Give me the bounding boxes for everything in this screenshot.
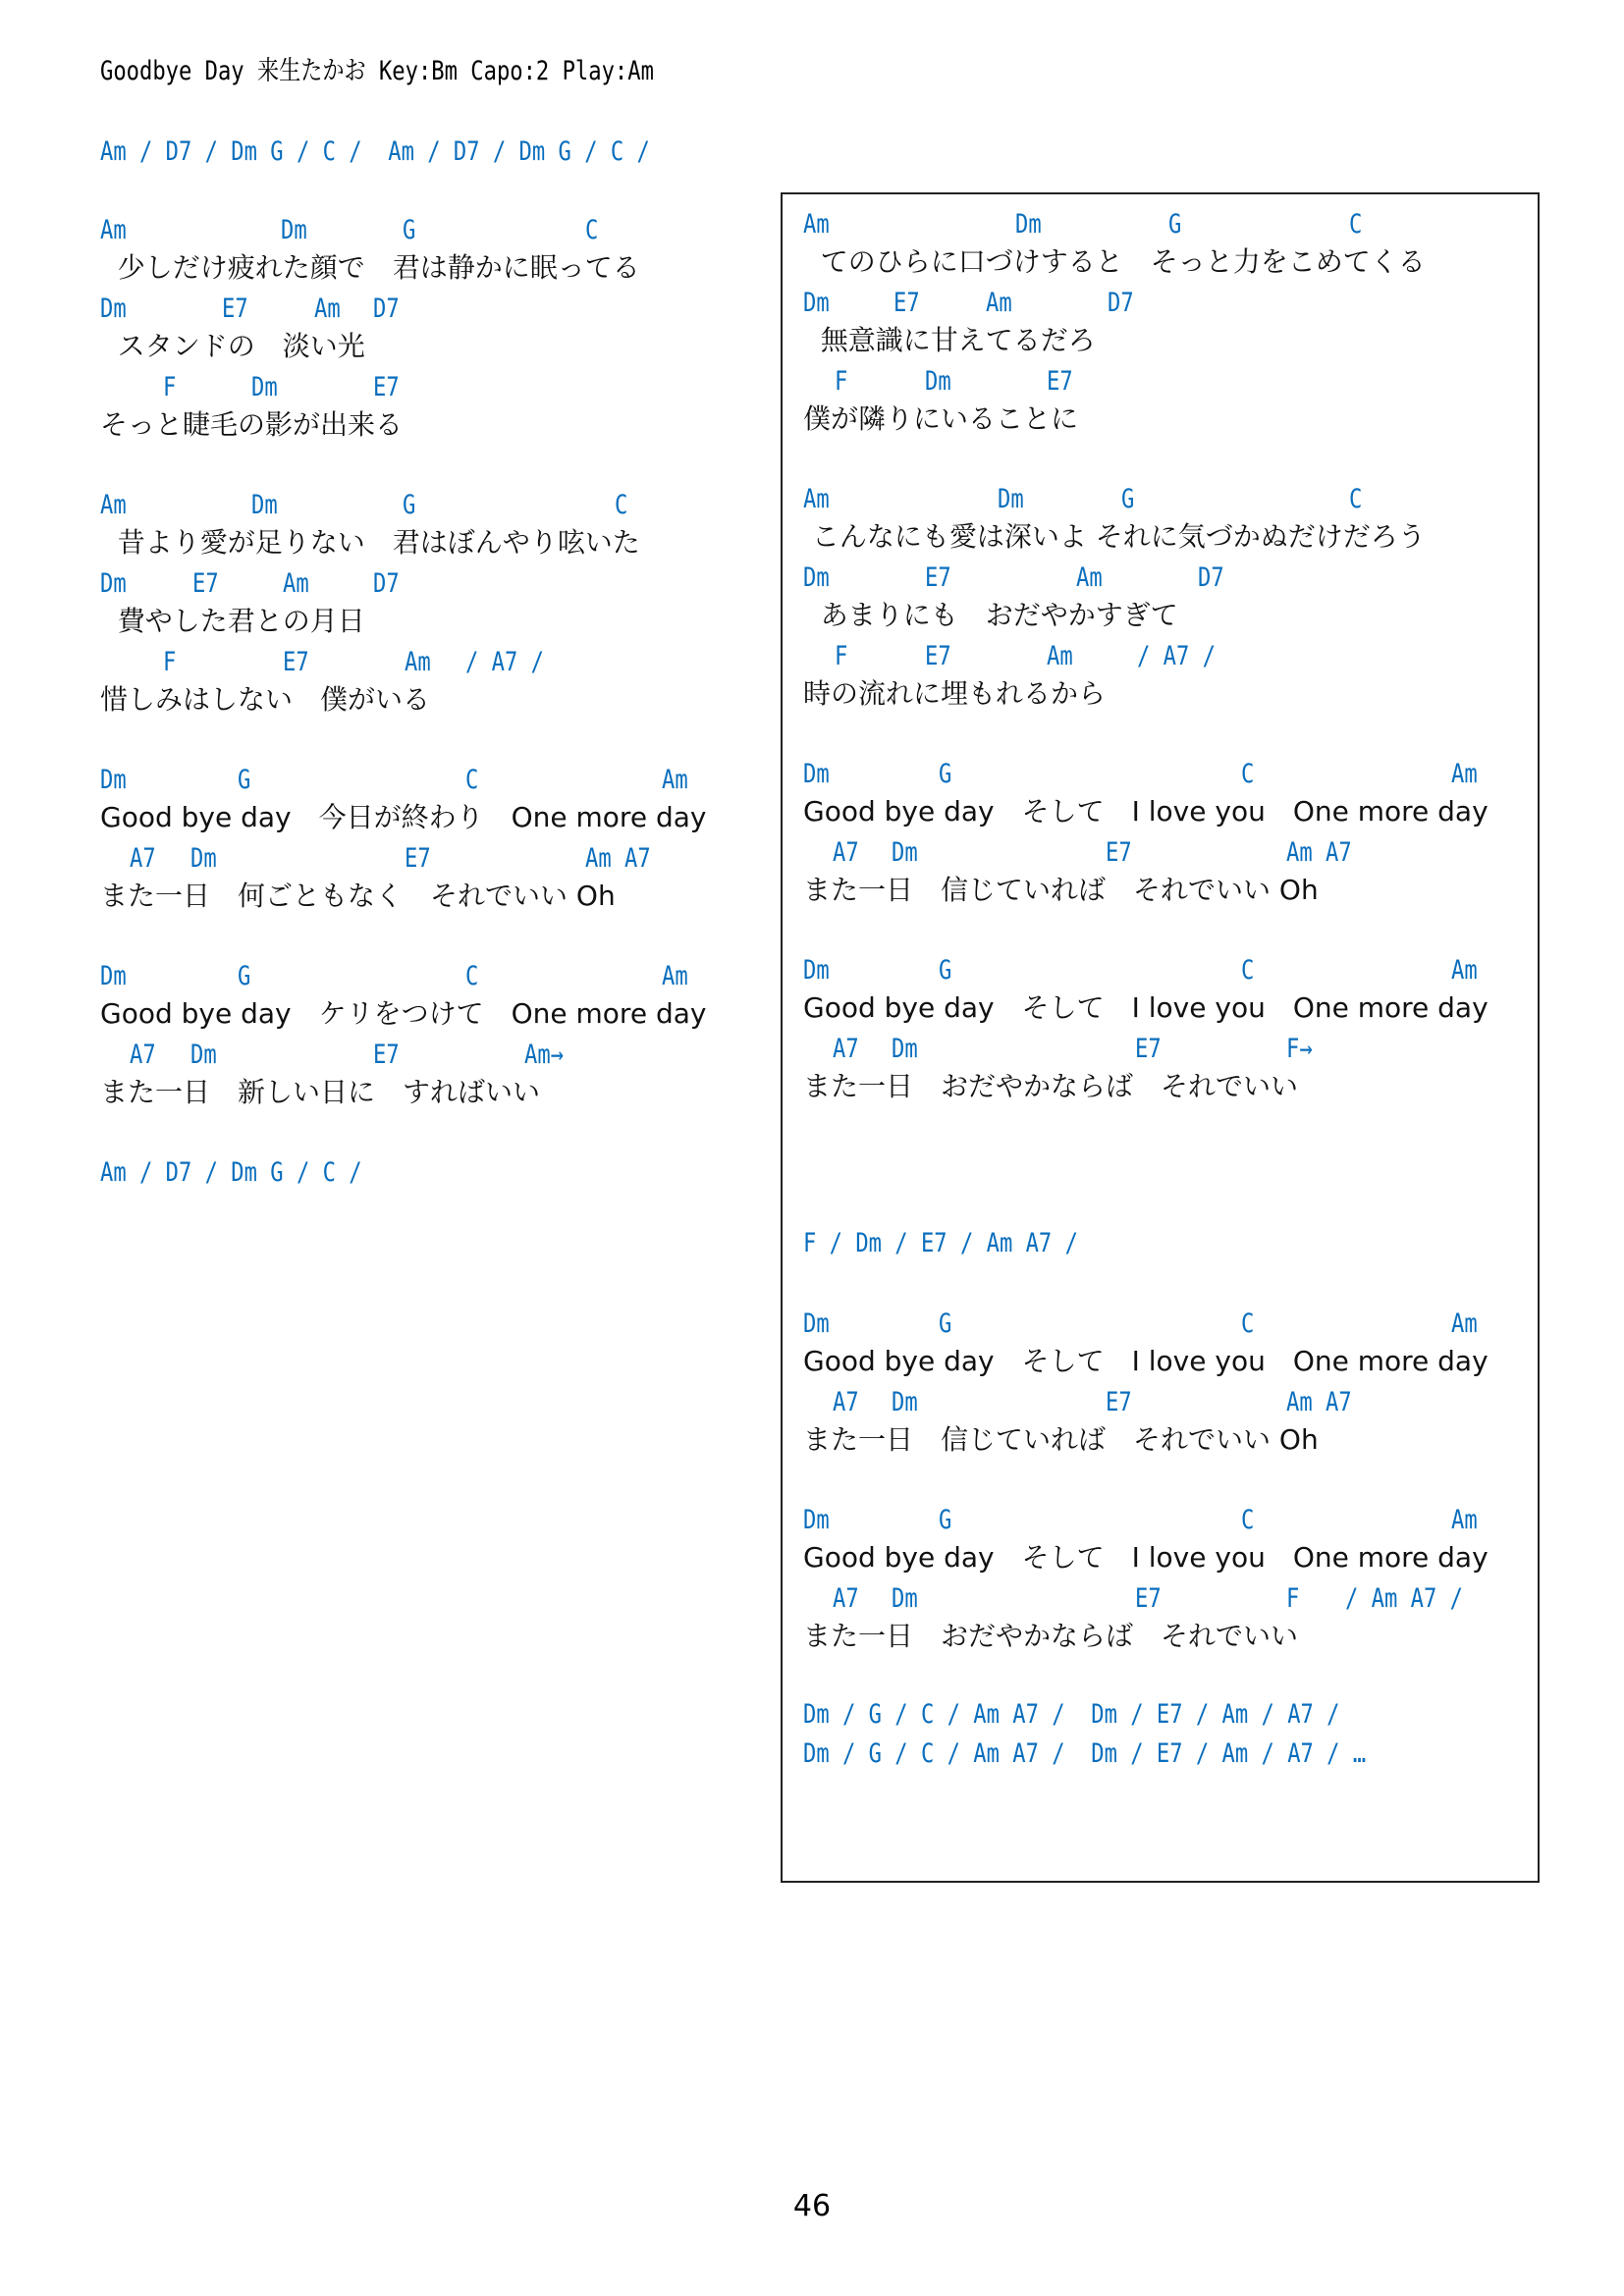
chord-symbol: E7 <box>1135 1582 1162 1616</box>
chord-symbol: Am <box>662 960 688 993</box>
chord-symbol: F→ <box>1286 1033 1313 1066</box>
chord-symbol: Dm <box>251 371 278 404</box>
chord-symbol: / A7 / <box>1137 640 1216 673</box>
chord-symbol: G <box>403 489 415 522</box>
chord-symbol: F <box>835 365 847 399</box>
chord-symbol: G <box>939 1308 951 1341</box>
chord-symbol: F <box>1286 1582 1299 1616</box>
chord-symbol: D7 <box>373 567 400 601</box>
chord-symbol: D7 <box>1198 561 1224 595</box>
intro-chord-progression: Am / D7 / Dm G / C / Am / D7 / Dm G / C … <box>100 135 650 169</box>
chord-symbol: A7 <box>833 1033 859 1066</box>
lyric-line: てのひらに口づけすると そっと力をこめてくる <box>803 245 1426 279</box>
chord-symbol: F <box>163 646 176 679</box>
chord-symbol: E7 <box>925 640 951 673</box>
lyric-line: 僕が隣りにいることに <box>803 402 1078 436</box>
chord-symbol: C <box>465 764 478 797</box>
chord-symbol: Am <box>986 287 1012 320</box>
outro-chord-progression: Am / D7 / Dm G / C / <box>100 1156 362 1190</box>
chord-symbol: G <box>403 214 415 247</box>
chord-symbol: Dm <box>803 561 830 595</box>
chord-symbol: Dm <box>803 758 830 791</box>
chord-symbol: Am <box>662 764 688 797</box>
chord-symbol: C <box>1349 483 1362 516</box>
chord-symbol: Dm <box>892 836 918 870</box>
chord-symbol: G <box>238 764 250 797</box>
chord-symbol: C <box>465 960 478 993</box>
lyric-line: スタンドの 淡い光 <box>100 330 365 363</box>
lyric-line: そっと睫毛の影が出来る <box>100 408 403 442</box>
chord-symbol: Am <box>803 208 830 241</box>
chord-symbol: A7 <box>833 1582 859 1616</box>
chord-symbol: Dm <box>892 1033 918 1066</box>
chord-symbol: A7 <box>130 842 156 876</box>
chord-symbol: E7 <box>1135 1033 1162 1066</box>
chord-symbol: G <box>238 960 250 993</box>
chord-symbol: C <box>585 214 598 247</box>
chord-symbol: E7 <box>373 1039 400 1072</box>
chord-symbol: F <box>835 640 847 673</box>
chord-symbol: G <box>939 1504 951 1537</box>
chord-symbol: / Am A7 / <box>1345 1582 1463 1616</box>
song-title-header: Goodbye Day 来生たかお Key:Bm Capo:2 Play:Am <box>100 55 654 88</box>
lyric-line: あまりにも おだやかすぎて <box>803 599 1178 632</box>
chord-symbol: C <box>1241 954 1254 988</box>
lyric-line: 惜しみはしない 僕がいる <box>100 683 430 717</box>
chord-symbol: G <box>939 758 951 791</box>
chord-symbol: Dm <box>100 960 127 993</box>
lyric-line: Good bye day ケリをつけて One more day <box>100 997 706 1031</box>
chord-symbol: Dm <box>892 1582 918 1616</box>
chord-symbol: E7 <box>893 287 920 320</box>
chord-symbol: C <box>615 489 627 522</box>
ending-chord-progression-2: Dm / G / C / Am A7 / Dm / E7 / Am / A7 /… <box>803 1737 1366 1771</box>
lyric-line: また一日 信じていれば それでいい Oh <box>803 874 1319 907</box>
interlude-chord-progression: F / Dm / E7 / Am A7 / <box>803 1227 1078 1260</box>
lyric-line: 時の流れに埋もれるから <box>803 677 1106 711</box>
chord-symbol: Am→ <box>524 1039 564 1072</box>
chord-symbol: Am <box>100 489 127 522</box>
chord-symbol: Am <box>100 214 127 247</box>
chord-symbol: C <box>1241 1308 1254 1341</box>
chord-symbol: G <box>1168 208 1181 241</box>
lyric-line: 無意識に甘えてるだろ <box>803 324 1096 357</box>
chord-symbol: E7 <box>1106 1386 1132 1419</box>
chord-symbol: Dm <box>998 483 1024 516</box>
chord-symbol: Am <box>1451 954 1478 988</box>
lyric-line: また一日 おだやかならば それでいい <box>803 1620 1298 1653</box>
lyric-line: 昔より愛が足りない 君はぼんやり呟いた <box>100 526 640 560</box>
chord-symbol: Am <box>1076 561 1103 595</box>
chord-symbol: Am <box>405 646 431 679</box>
chord-symbol: Am <box>803 483 830 516</box>
lyric-line: Good bye day そして I love you One more day <box>803 991 1489 1025</box>
chord-symbol: A7 <box>833 836 859 870</box>
chord-symbol: A7 <box>833 1386 859 1419</box>
chord-symbol: A7 <box>130 1039 156 1072</box>
lyric-line: 費やした君との月日 <box>100 605 365 638</box>
lyric-line: Good bye day そして I love you One more day <box>803 795 1489 828</box>
chord-symbol: Dm <box>803 287 830 320</box>
chord-symbol: Am <box>1451 1308 1478 1341</box>
chord-symbol: E7 <box>1106 836 1132 870</box>
chord-symbol: Dm <box>100 567 127 601</box>
chord-symbol: E7 <box>1047 365 1073 399</box>
chord-symbol: Am A7 <box>1286 836 1352 870</box>
chord-symbol: E7 <box>283 646 309 679</box>
chord-symbol: E7 <box>222 293 248 326</box>
chord-symbol: E7 <box>925 561 951 595</box>
chord-symbol: Dm <box>803 1308 830 1341</box>
chord-symbol: Am <box>1451 1504 1478 1537</box>
chord-symbol: E7 <box>373 371 400 404</box>
chord-symbol: Dm <box>281 214 307 247</box>
chord-symbol: Am A7 <box>585 842 651 876</box>
lyric-line: また一日 何ごともなく それでいい Oh <box>100 880 616 913</box>
ending-chord-progression-1: Dm / G / C / Am A7 / Dm / E7 / Am / A7 / <box>803 1698 1340 1732</box>
chord-symbol: Am A7 <box>1286 1386 1352 1419</box>
chord-symbol: C <box>1241 758 1254 791</box>
lyric-line: また一日 信じていれば それでいい Oh <box>803 1423 1319 1457</box>
chord-symbol: Dm <box>100 293 127 326</box>
chord-symbol: Dm <box>100 764 127 797</box>
chord-symbol: Dm <box>190 1039 217 1072</box>
chord-symbol: G <box>1121 483 1134 516</box>
chord-symbol: Dm <box>803 1504 830 1537</box>
lyric-line: Good bye day そして I love you One more day <box>803 1541 1489 1575</box>
chord-symbol: Am <box>1451 758 1478 791</box>
chord-symbol: / A7 / <box>465 646 544 679</box>
chord-symbol: Dm <box>925 365 951 399</box>
lyric-line: Good bye day そして I love you One more day <box>803 1345 1489 1378</box>
chord-symbol: Am <box>1047 640 1073 673</box>
chord-symbol: Am <box>283 567 309 601</box>
lyric-line: Good bye day 今日が終わり One more day <box>100 801 706 834</box>
page-number: 46 <box>0 2189 1624 2223</box>
chord-symbol: Dm <box>1015 208 1042 241</box>
chord-symbol: E7 <box>405 842 431 876</box>
chord-symbol: D7 <box>373 293 400 326</box>
chord-symbol: C <box>1241 1504 1254 1537</box>
chord-symbol: Dm <box>251 489 278 522</box>
lyric-line: こんなにも愛は深いよ それに気づかぬだけだろう <box>803 520 1426 554</box>
chord-symbol: C <box>1349 208 1362 241</box>
chord-symbol: G <box>939 954 951 988</box>
chord-symbol: Am <box>314 293 341 326</box>
chord-symbol: Dm <box>190 842 217 876</box>
chord-symbol: F <box>163 371 176 404</box>
chord-symbol: Dm <box>803 954 830 988</box>
lyric-line: また一日 おだやかならば それでいい <box>803 1070 1298 1103</box>
chord-symbol: E7 <box>192 567 219 601</box>
chord-symbol: D7 <box>1108 287 1134 320</box>
lyric-line: 少しだけ疲れた顔で 君は静かに眠ってる <box>100 251 640 285</box>
chord-symbol: Dm <box>892 1386 918 1419</box>
lyric-line: また一日 新しい日に すればいい <box>100 1076 540 1109</box>
